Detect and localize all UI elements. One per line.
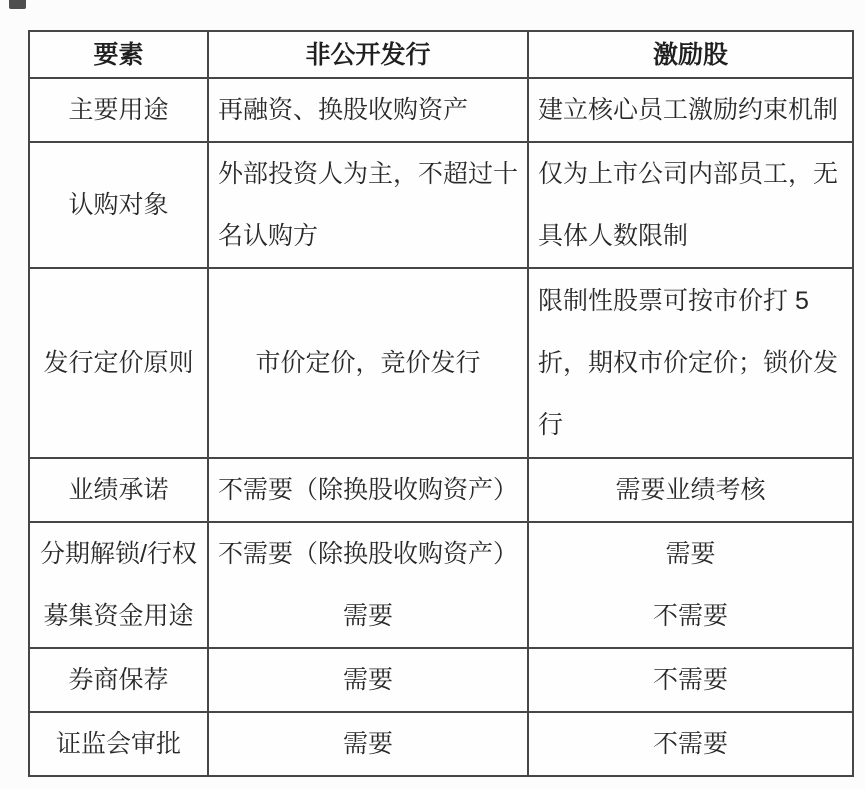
cell-nonpublic-pair: 不需要（除换股收购资产） 需要 xyxy=(208,522,528,648)
cell-nonpublic: 不需要（除换股收购资产） xyxy=(218,523,518,585)
header-incentive: 激励股 xyxy=(528,31,853,78)
corner-artifact xyxy=(9,0,26,9)
cell-incentive: 不需要 xyxy=(538,585,843,647)
cell-incentive: 仅为上市公司内部员工，无具体人数限制 xyxy=(528,142,853,268)
row-label: 募集资金用途 xyxy=(39,585,198,647)
table-row-unlock-and-proceeds: 分期解锁/行权 募集资金用途 不需要（除换股收购资产） 需要 需要 不需要 xyxy=(29,522,853,648)
row-label: 证监会审批 xyxy=(29,712,208,776)
table-row-performance-promise: 业绩承诺 不需要（除换股收购资产） 需要业绩考核 xyxy=(29,458,853,522)
table-row-main-use: 主要用途 再融资、换股收购资产 建立核心员工激励约束机制 xyxy=(29,78,853,142)
row-label: 主要用途 xyxy=(29,78,208,142)
cell-nonpublic: 需要 xyxy=(208,648,528,712)
row-label: 认购对象 xyxy=(29,142,208,268)
row-label: 发行定价原则 xyxy=(29,268,208,458)
cell-incentive: 需要业绩考核 xyxy=(528,458,853,522)
table-row-subscribers: 认购对象 外部投资人为主，不超过十名认购方 仅为上市公司内部员工，无具体人数限制 xyxy=(29,142,853,268)
row-label: 分期解锁/行权 xyxy=(39,523,198,585)
header-element: 要素 xyxy=(29,31,208,78)
cell-nonpublic: 需要 xyxy=(218,585,518,647)
table-row-sponsor: 券商保荐 需要 不需要 xyxy=(29,648,853,712)
cell-nonpublic: 不需要（除换股收购资产） xyxy=(208,458,528,522)
row-label: 券商保荐 xyxy=(29,648,208,712)
comparison-table: 要素 非公开发行 激励股 主要用途 再融资、换股收购资产 建立核心员工激励约束机… xyxy=(28,30,854,777)
cell-nonpublic: 市价定价，竞价发行 xyxy=(208,268,528,458)
cell-incentive: 不需要 xyxy=(528,712,853,776)
cell-incentive: 建立核心员工激励约束机制 xyxy=(528,78,853,142)
cell-incentive-pair: 需要 不需要 xyxy=(528,522,853,648)
cell-nonpublic: 需要 xyxy=(208,712,528,776)
table-row-csrc-approval: 证监会审批 需要 不需要 xyxy=(29,712,853,776)
cell-incentive: 不需要 xyxy=(528,648,853,712)
row-label: 业绩承诺 xyxy=(29,458,208,522)
cell-nonpublic: 外部投资人为主，不超过十名认购方 xyxy=(208,142,528,268)
table-header-row: 要素 非公开发行 激励股 xyxy=(29,31,853,78)
header-nonpublic: 非公开发行 xyxy=(208,31,528,78)
table-row-pricing: 发行定价原则 市价定价，竞价发行 限制性股票可按市价打 5 折，期权市价定价；锁… xyxy=(29,268,853,458)
cell-nonpublic: 再融资、换股收购资产 xyxy=(208,78,528,142)
row-label-pair: 分期解锁/行权 募集资金用途 xyxy=(29,522,208,648)
cell-incentive: 需要 xyxy=(538,523,843,585)
cell-incentive: 限制性股票可按市价打 5 折，期权市价定价；锁价发行 xyxy=(528,268,853,458)
